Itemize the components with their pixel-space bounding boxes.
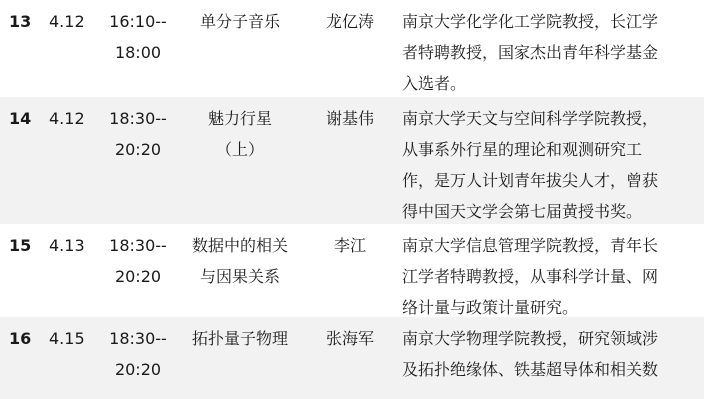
lecture-date: 4.13 [49, 230, 93, 261]
lecture-date: 4.15 [49, 323, 93, 354]
row-number: 16 [9, 323, 39, 354]
time-start: 18:30-- [102, 103, 174, 134]
time-end: 20:20 [102, 134, 174, 165]
lecture-title: 单分子音乐 [184, 6, 296, 37]
table-row: 14 4.12 18:30-- 20:20 魅力行星 （上） 谢基伟 南京大学天… [0, 97, 704, 224]
time-end: 18:00 [102, 37, 174, 68]
lecture-title: 拓扑量子物理 [184, 323, 296, 354]
title-line: 数据中的相关 [184, 230, 296, 261]
desc-line: 从事系外行星的理论和观测研究工 [402, 134, 702, 165]
lecture-time: 18:30-- 20:20 [102, 103, 174, 165]
desc-line: 得中国天文学会第七届黄授书奖。 [402, 196, 702, 227]
lecture-time: 18:30-- 20:20 [102, 323, 174, 385]
desc-line: 江学者特聘教授，从事科学计量、网 [402, 261, 702, 292]
desc-line: 南京大学物理学院教授，研究领域涉 [402, 323, 702, 354]
time-start: 16:10-- [102, 6, 174, 37]
time-end: 20:20 [102, 354, 174, 385]
title-line: 魅力行星 [184, 103, 296, 134]
lecture-date: 4.12 [49, 103, 93, 134]
row-number: 15 [9, 230, 39, 261]
row-number: 13 [9, 6, 39, 37]
speaker-description: 南京大学天文与空间科学学院教授， 从事系外行星的理论和观测研究工 作，是万人计划… [402, 103, 702, 227]
lecture-date: 4.12 [49, 6, 93, 37]
speaker-name: 谢基伟 [310, 103, 390, 134]
speaker-description: 南京大学物理学院教授，研究领域涉 及拓扑绝缘体、铁基超导体和相关数 [402, 323, 702, 385]
lecture-title: 魅力行星 （上） [184, 103, 296, 165]
desc-line: 者特聘教授，国家杰出青年科学基金 [402, 37, 702, 68]
desc-line: 南京大学信息管理学院教授，青年长 [402, 230, 702, 261]
title-line: （上） [184, 134, 296, 165]
desc-line: 入选者。 [402, 68, 702, 99]
speaker-name: 龙亿涛 [310, 6, 390, 37]
desc-line: 南京大学化学化工学院教授，长江学 [402, 6, 702, 37]
lecture-time: 16:10-- 18:00 [102, 6, 174, 68]
title-line: 单分子音乐 [184, 6, 296, 37]
speaker-name: 张海军 [310, 323, 390, 354]
speaker-name: 李江 [310, 230, 390, 261]
table-row: 16 4.15 18:30-- 20:20 拓扑量子物理 张海军 南京大学物理学… [0, 317, 704, 399]
speaker-description: 南京大学信息管理学院教授，青年长 江学者特聘教授，从事科学计量、网 络计量与政策… [402, 230, 702, 323]
time-start: 18:30-- [102, 323, 174, 354]
desc-line: 南京大学天文与空间科学学院教授， [402, 103, 702, 134]
speaker-description: 南京大学化学化工学院教授，长江学 者特聘教授，国家杰出青年科学基金 入选者。 [402, 6, 702, 99]
title-line: 与因果关系 [184, 261, 296, 292]
table-row: 13 4.12 16:10-- 18:00 单分子音乐 龙亿涛 南京大学化学化工… [0, 0, 704, 97]
title-line: 拓扑量子物理 [184, 323, 296, 354]
table-row: 15 4.13 18:30-- 20:20 数据中的相关 与因果关系 李江 南京… [0, 224, 704, 317]
time-end: 20:20 [102, 261, 174, 292]
desc-line: 及拓扑绝缘体、铁基超导体和相关数 [402, 354, 702, 385]
row-number: 14 [9, 103, 39, 134]
desc-line: 作，是万人计划青年拔尖人才，曾获 [402, 165, 702, 196]
lecture-schedule-table: 13 4.12 16:10-- 18:00 单分子音乐 龙亿涛 南京大学化学化工… [0, 0, 704, 399]
lecture-time: 18:30-- 20:20 [102, 230, 174, 292]
time-start: 18:30-- [102, 230, 174, 261]
lecture-title: 数据中的相关 与因果关系 [184, 230, 296, 292]
